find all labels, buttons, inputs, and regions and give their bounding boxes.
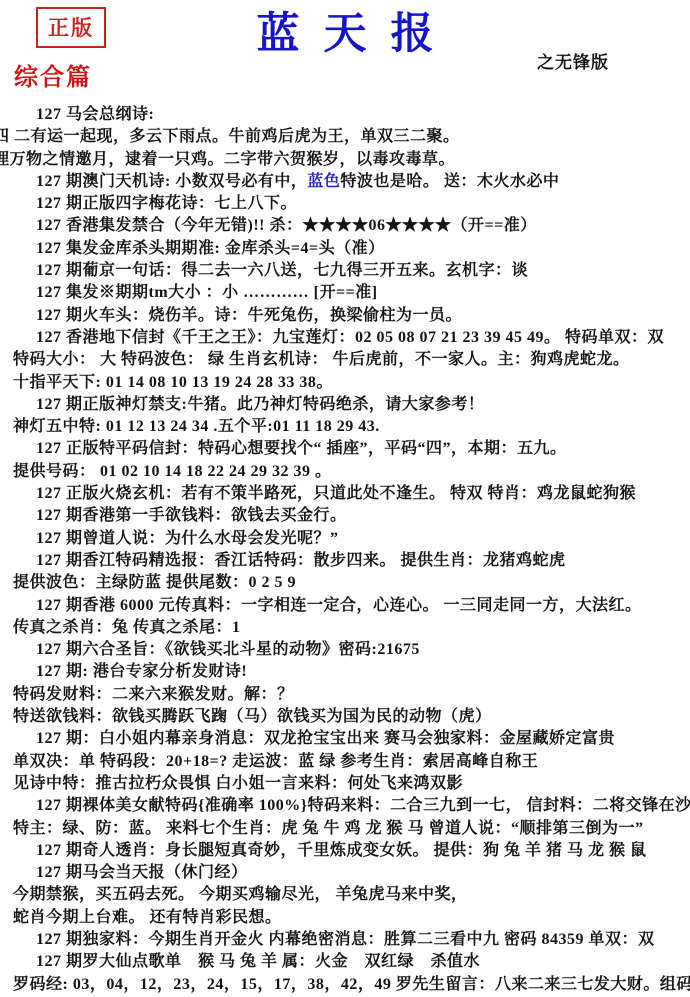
highlighted-word: 蓝色 bbox=[307, 173, 340, 190]
report-line: 127 期奇人透肖：身长腿短真奇妙，千里炼成变女妖。 提供：狗 兔 羊 猪 马 … bbox=[36, 840, 690, 862]
line-text: 127 期澳门天机诗: 小数双号必有中， bbox=[36, 173, 307, 190]
report-line: 127 正版特平码信封：特码心想要找个“ 插座”，平码“四”，本期：五九。 bbox=[36, 438, 690, 460]
report-line: 127 期：白小姐内幕亲身消息：双龙抢宝宝出来 赛马会独家料：金屋藏娇定富贵 bbox=[36, 728, 690, 750]
report-line: 今期禁猴，买五码去死。 今期买鸡输尽光， 羊兔虎马来中奖， bbox=[13, 884, 690, 906]
report-line: 127 期罗大仙点歌单 猴 马 兔 羊 属：火金 双红绿 杀值水 bbox=[36, 951, 690, 973]
report-line: 127 期香江特码精选报：香江话特码：散步四来。 提供生肖：龙猪鸡蛇虎 bbox=[36, 550, 690, 572]
report-line: 见诗中特：推古拉朽众畏惧 白小姐一言来料：何处飞来鸿双影 bbox=[13, 773, 690, 795]
line-text: 特波也是哈。 送：木火水必中 bbox=[340, 173, 559, 190]
report-line: 127 期马会当天报（休门经） bbox=[36, 862, 690, 884]
report-line: 127 马会总纲诗: bbox=[36, 104, 690, 126]
report-line: 127 期正版神灯禁支:牛猪。此乃神灯特码绝杀，请大家参考！ bbox=[36, 394, 690, 416]
newspaper-page: 正版 蓝天报 之无锋版 综合篇 127 马会总纲诗: 四 二有运一起现，多云下雨… bbox=[0, 0, 690, 997]
report-line: 127 正版火烧玄机：若有不策半路死，只道此处不逢生。 特双 特肖：鸡龙鼠蛇狗猴 bbox=[36, 483, 690, 505]
report-line: 127 期葡京一句话：得二去一六八送，七九得三开五来。玄机字：谈 bbox=[36, 260, 690, 282]
report-line: 特码发财料：二来六来猴发财。解：？ bbox=[13, 684, 690, 706]
report-line: 传真之杀肖：兔 传真之杀尾：1 bbox=[13, 617, 690, 639]
section-title: 综合篇 bbox=[14, 57, 92, 92]
report-line: 127 期火车头：烧伤羊。诗：牛死兔伤，换梁偷柱为一员。 bbox=[36, 305, 690, 327]
report-line: 提供号码： 01 02 10 14 18 22 24 29 32 39 。 bbox=[13, 461, 690, 483]
report-line: 特主：绿、防：蓝。 来料七个生肖：虎 兔 牛 鸡 龙 猴 马 曾道人说：“顺排第… bbox=[13, 818, 690, 840]
report-line: 127 期香港第一手欲钱料：欲钱去买金行。 bbox=[36, 505, 690, 527]
edition-label: 之无锋版 bbox=[537, 48, 609, 73]
report-line: 127 集发金库杀头期期准: 金库杀头=4=头（准） bbox=[36, 238, 690, 260]
report-body: 127 马会总纲诗: 四 二有运一起现，多云下雨点。牛前鸡后虎为王，单双三二聚。… bbox=[0, 104, 690, 996]
report-line: 罗码经: 03，04，12，23，24，15，17，38，42，49 罗先生留言… bbox=[13, 974, 690, 996]
report-line: 提供波色：主绿防蓝 提供尾数：0 2 5 9 bbox=[13, 572, 690, 594]
report-line: 四 二有运一起现，多云下雨点。牛前鸡后虎为王，单双三二聚。 bbox=[0, 126, 690, 148]
report-line: 理万物之情邀月，逮着一只鸡。二字带六贺猴岁，以毒攻毒草。 bbox=[0, 149, 690, 171]
report-line: 127 香港集发禁合（今年无错)!! 杀：★★★★06★★★★（开==准） bbox=[36, 215, 690, 237]
report-line: 127 期澳门天机诗: 小数双号必有中，蓝色特波也是哈。 送：木火水必中 bbox=[36, 171, 690, 193]
report-line: 127 集发※期期tm大小 ：小 ………… [开==准] bbox=[36, 282, 690, 304]
report-line: 蛇肖今期上台难。 还有特肖彩民想。 bbox=[13, 907, 690, 929]
report-line: 127 期曾道人说：为什么水母会发光呢？” bbox=[36, 528, 690, 550]
report-line: 十指平天下: 01 14 08 10 13 19 24 28 33 38。 bbox=[13, 372, 690, 394]
report-line: 127 期裸体美女献特码{准确率 100%}特码来料：二合三九到一七， 信封料：… bbox=[36, 795, 690, 817]
report-line: 特码大小： 大 特码波色： 绿 生肖玄机诗： 牛后虎前，不一家人。主：狗鸡虎蛇龙… bbox=[13, 349, 690, 371]
report-line: 神灯五中特: 01 12 13 24 34 .五个平:01 11 18 29 4… bbox=[13, 416, 690, 438]
report-line: 127 期香港 6000 元传真料：一字相连一定合，心连心。 一三同走同一方，大… bbox=[36, 595, 690, 617]
report-line: 127 期: 港台专家分析发财诗! bbox=[36, 661, 690, 683]
report-line: 单双决：单 特码段：20+18=? 走运波：蓝 绿 参考生肖：索居高峰自称王 bbox=[13, 751, 690, 773]
report-line: 127 期独家料：今期生肖开金火 内幕绝密消息：胜算二三看中九 密码 84359… bbox=[36, 929, 690, 951]
report-line: 127 香港地下信封《千王之王》：九宝莲灯：02 05 08 07 21 23 … bbox=[36, 327, 690, 349]
report-line: 127 期正版四字梅花诗：七上八下。 bbox=[36, 193, 690, 215]
report-line: 127 期六合圣旨：《欲钱买北斗星的动物》密码:21675 bbox=[36, 639, 690, 661]
report-line: 特送欲钱料：欲钱买腾跃飞踘（马）欲钱买为国为民的动物（虎） bbox=[13, 706, 690, 728]
